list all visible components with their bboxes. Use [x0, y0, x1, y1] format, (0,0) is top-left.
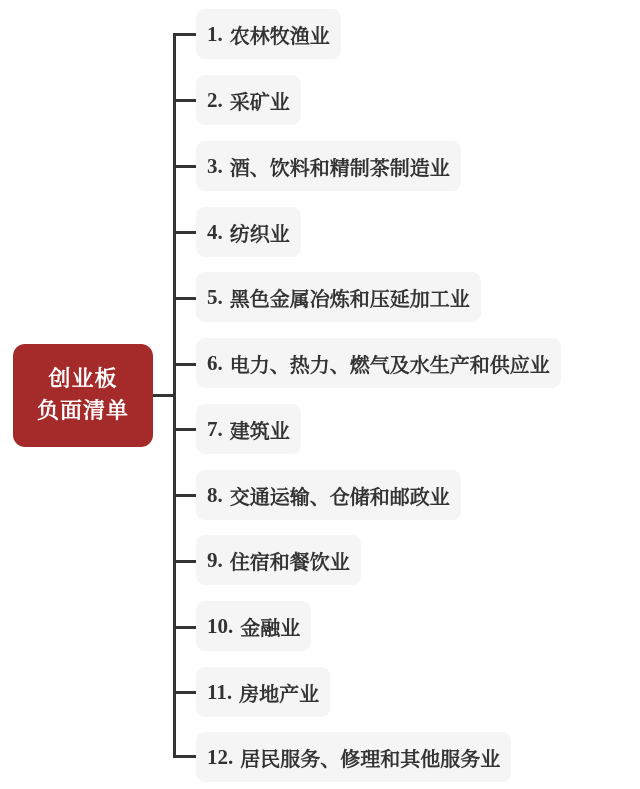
- item-number: 4.: [207, 220, 223, 245]
- branch-connector: [173, 626, 196, 629]
- item-number: 9.: [207, 548, 223, 573]
- item-number: 6.: [207, 351, 223, 376]
- list-item: 6. 电力、热力、燃气及水生产和供应业: [196, 338, 561, 388]
- branch-connector: [173, 755, 196, 758]
- item-number: 1.: [207, 22, 223, 47]
- item-label: 建筑业: [230, 415, 290, 444]
- item-label: 纺织业: [230, 218, 290, 247]
- item-number: 2.: [207, 88, 223, 113]
- item-number: 3.: [207, 154, 223, 179]
- item-label: 农林牧渔业: [230, 20, 330, 49]
- list-item: 3. 酒、饮料和精制茶制造业: [196, 141, 461, 191]
- list-item: 11. 房地产业: [196, 667, 330, 717]
- root-connector: [153, 394, 175, 397]
- root-node: 创业板 负面清单: [13, 344, 153, 447]
- branch-connector: [173, 494, 196, 497]
- item-label: 住宿和餐饮业: [230, 546, 350, 575]
- branch-connector: [173, 99, 196, 102]
- list-item: 12. 居民服务、修理和其他服务业: [196, 732, 511, 782]
- list-item: 8. 交通运输、仓储和邮政业: [196, 470, 461, 520]
- branch-connector: [173, 691, 196, 694]
- item-number: 7.: [207, 417, 223, 442]
- item-number: 8.: [207, 483, 223, 508]
- item-label: 黑色金属冶炼和压延加工业: [230, 283, 470, 312]
- branch-connector: [173, 560, 196, 563]
- list-item: 5. 黑色金属冶炼和压延加工业: [196, 272, 481, 322]
- branch-connector: [173, 165, 196, 168]
- item-number: 5.: [207, 285, 223, 310]
- branch-connector: [173, 363, 196, 366]
- item-label: 电力、热力、燃气及水生产和供应业: [230, 349, 550, 378]
- item-label: 酒、饮料和精制茶制造业: [230, 152, 450, 181]
- branch-connector: [173, 231, 196, 234]
- root-title-line1: 创业板: [48, 364, 117, 396]
- list-item: 10. 金融业: [196, 601, 311, 651]
- item-label: 房地产业: [239, 678, 319, 707]
- root-title-line2: 负面清单: [37, 396, 129, 428]
- list-item: 9. 住宿和餐饮业: [196, 535, 361, 585]
- list-item: 7. 建筑业: [196, 404, 301, 454]
- item-label: 居民服务、修理和其他服务业: [240, 743, 500, 772]
- list-item: 1. 农林牧渔业: [196, 9, 341, 59]
- connector-spine: [173, 33, 176, 758]
- branch-connector: [173, 33, 196, 36]
- item-label: 金融业: [240, 612, 300, 641]
- item-label: 采矿业: [230, 86, 290, 115]
- branch-connector: [173, 297, 196, 300]
- item-number: 12.: [207, 745, 233, 770]
- item-number: 11.: [207, 680, 232, 705]
- branch-connector: [173, 428, 196, 431]
- list-item: 2. 采矿业: [196, 75, 301, 125]
- list-item: 4. 纺织业: [196, 207, 301, 257]
- item-number: 10.: [207, 614, 233, 639]
- item-label: 交通运输、仓储和邮政业: [230, 481, 450, 510]
